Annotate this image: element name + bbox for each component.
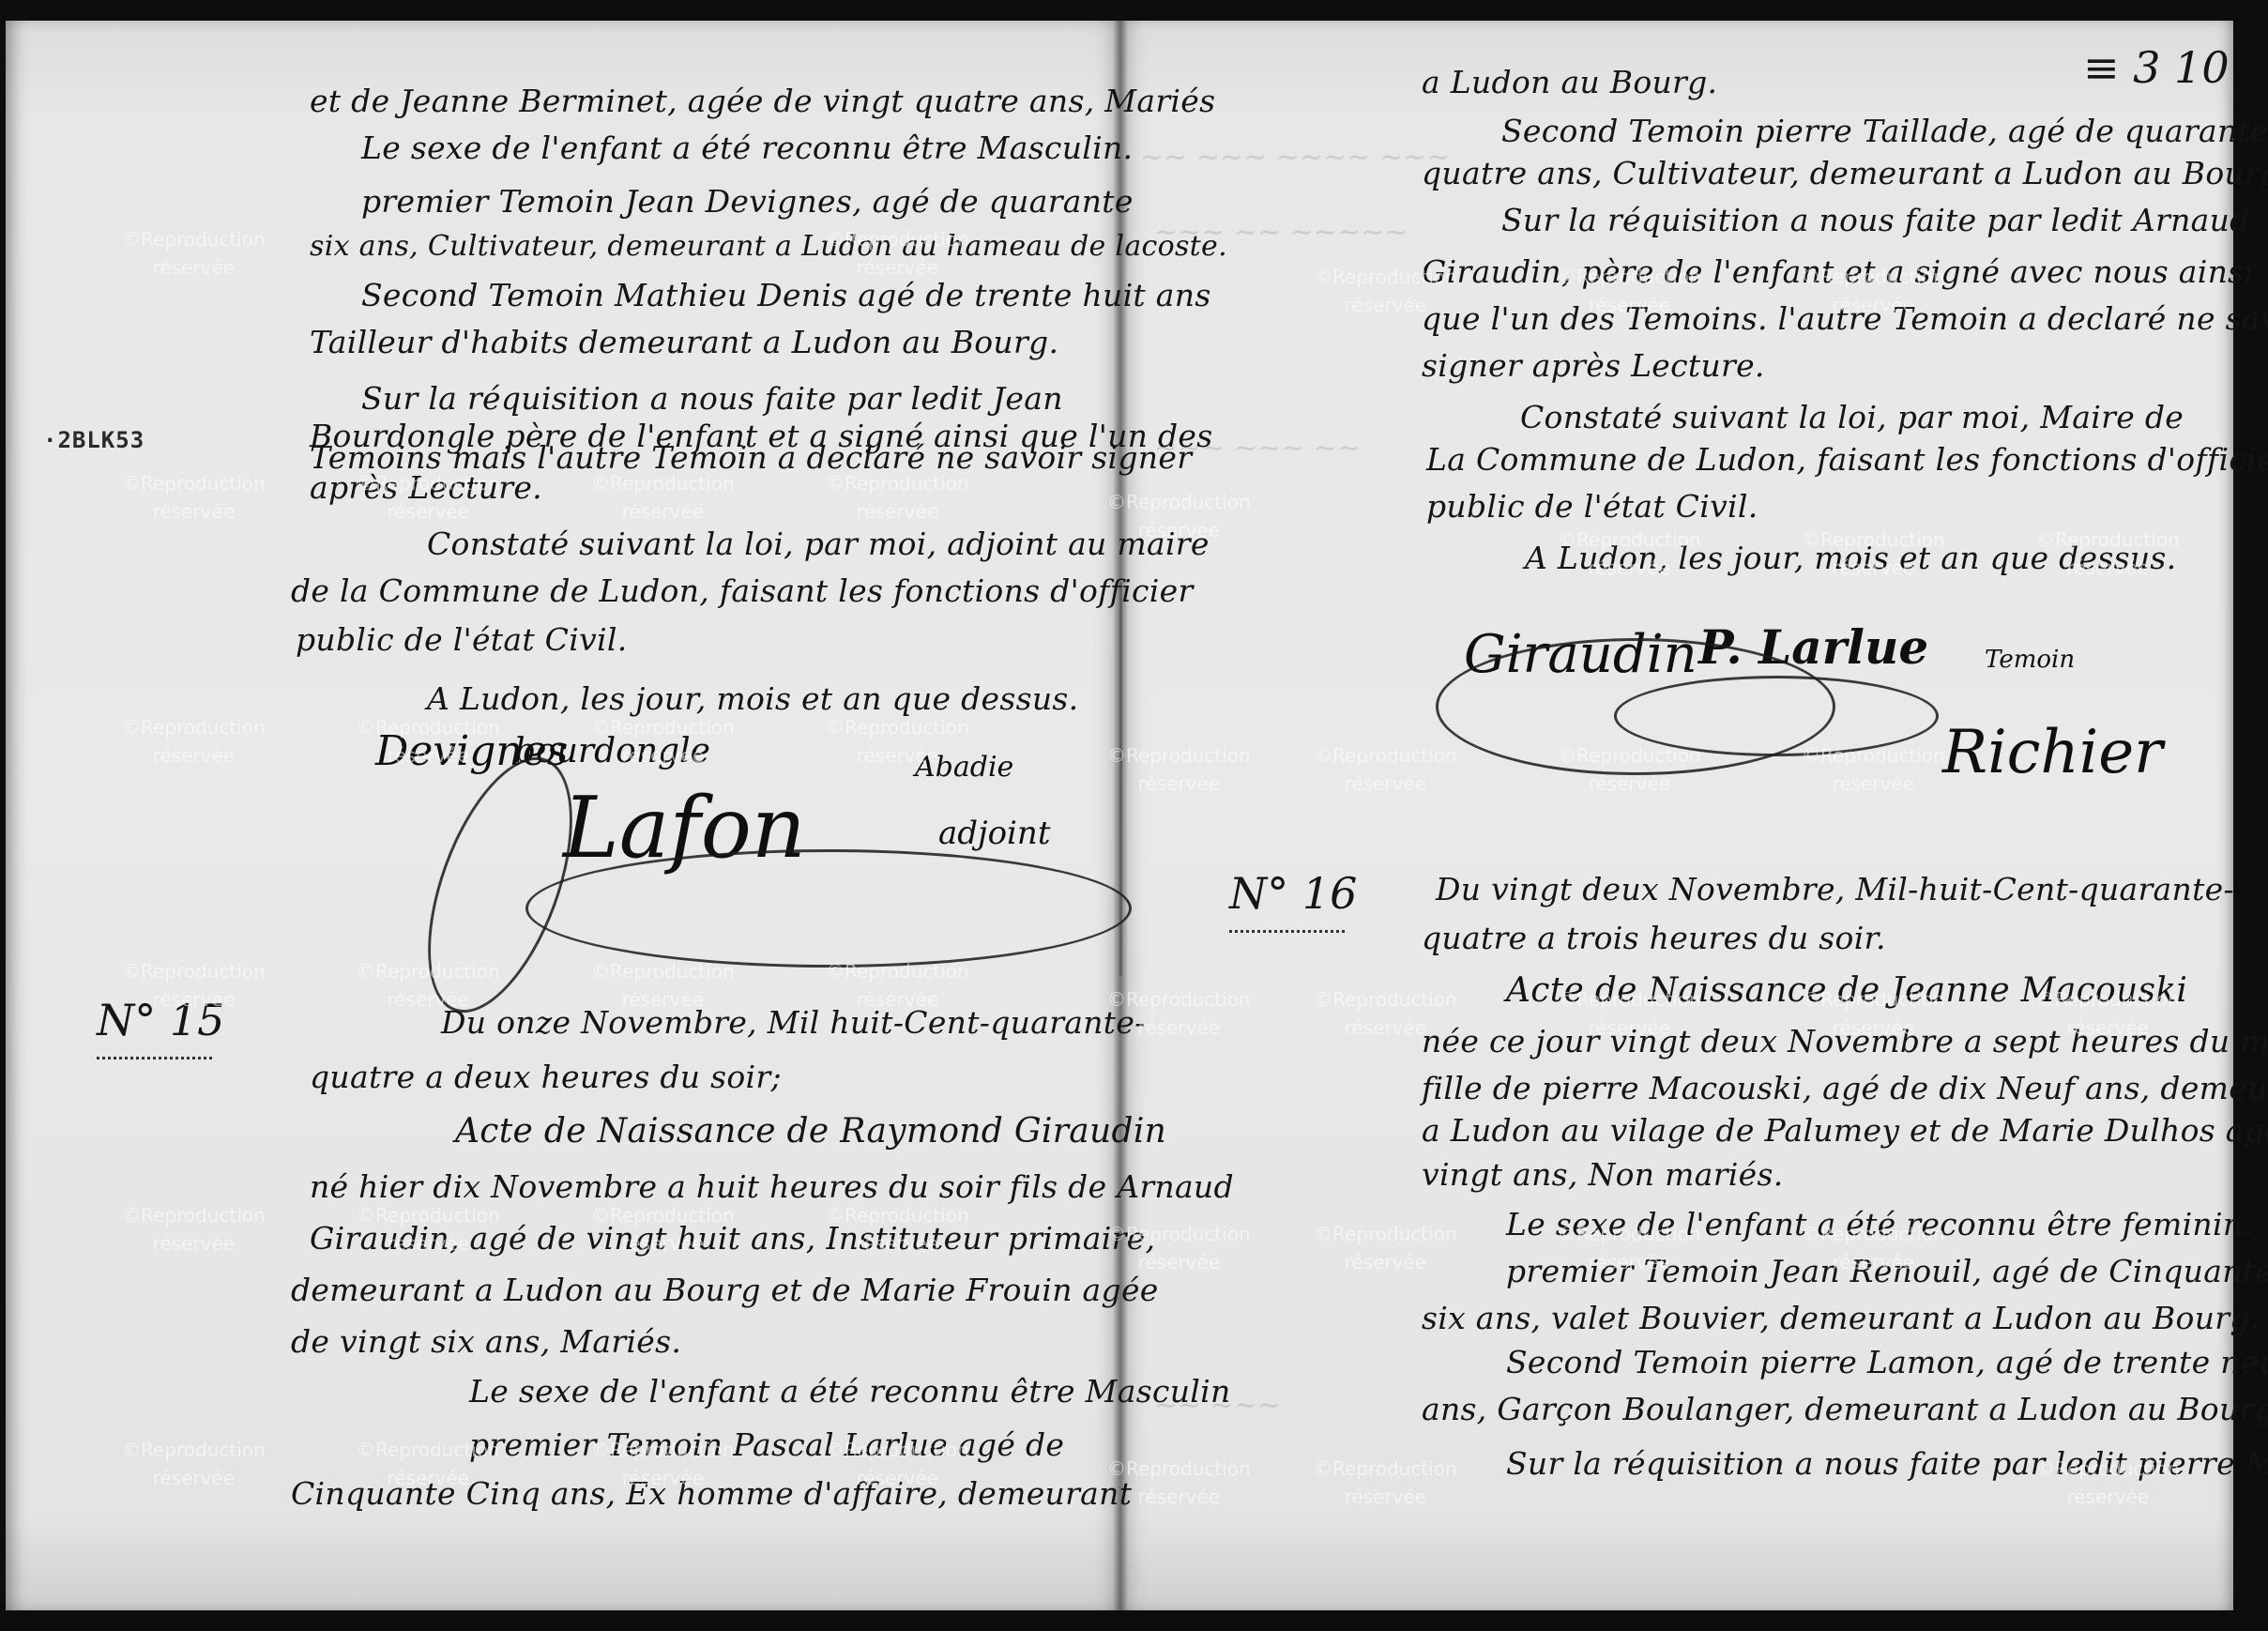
entry-number-16: N° 16 <box>1229 868 1357 933</box>
text-line: La Commune de Ludon, faisant les fonctio… <box>1426 441 2268 478</box>
signature-mayor: Richier <box>1942 718 2163 787</box>
signature-officer-title: adjoint <box>938 815 1050 852</box>
text-line: né hier dix Novembre a huit heures du so… <box>310 1168 1234 1205</box>
text-line: quatre a deux heures du soir; <box>310 1059 782 1095</box>
squiggle-underline <box>1229 921 1345 933</box>
text-line: de vingt six ans, Mariés. <box>291 1323 681 1360</box>
text-line: Giraudin, père de l'enfant et a signé av… <box>1422 253 2254 290</box>
text-line: Sur la réquisition a nous faite par ledi… <box>1506 1445 2268 1482</box>
signature-flourish <box>525 849 1132 968</box>
folio-number: ≡ 3 10 <box>2083 42 2230 93</box>
text-line: Sur la réquisition a nous faite par ledi… <box>361 380 1063 417</box>
text-line: Sur la réquisition a nous faite par ledi… <box>1501 202 2250 238</box>
text-line: Acte de Naissance de Jeanne Macouski <box>1506 971 2187 1010</box>
text-line: A Ludon, les jour, mois et an que dessus… <box>427 680 1078 717</box>
signature-officer-note: Abadie <box>915 751 1013 784</box>
text-line: Le sexe de l'enfant a été reconnu être M… <box>361 130 1133 166</box>
text-line: Constaté suivant la loi, par moi, Maire … <box>1520 399 2184 435</box>
text-line: Le sexe de l'enfant a été reconnu être M… <box>469 1373 1231 1410</box>
document-scan: ~~ ~~~ ~~~~ ~~~ ~~~ ~~ ~~~~~ ~~~ ~~~ ~~ … <box>0 0 2268 1631</box>
text-line: demeurant a Ludon au Bourg et de Marie F… <box>291 1272 1159 1308</box>
text-line: Second Temoin Mathieu Denis agé de trent… <box>361 277 1211 313</box>
text-line: six ans, Cultivateur, demeurant a Ludon … <box>310 230 1227 263</box>
text-line: signer après Lecture. <box>1422 347 1765 384</box>
entry-number-15: N° 15 <box>97 995 224 1059</box>
witness-label: Temoin <box>1985 646 2075 674</box>
text-line: vingt ans, Non mariés. <box>1422 1156 1784 1193</box>
text-line: Du vingt deux Novembre, Mil-huit-Cent-qu… <box>1436 871 2234 907</box>
text-line: Giraudin, agé de vingt huit ans, Institu… <box>310 1220 1155 1257</box>
text-line: Constaté suivant la loi, par moi, adjoin… <box>427 526 1210 562</box>
text-line: Le sexe de l'enfant a été reconnu être f… <box>1506 1206 2253 1242</box>
text-line: Second Temoin pierre Lamon, agé de trent… <box>1506 1344 2268 1380</box>
text-line: ans, Garçon Boulanger, demeurant a Ludon… <box>1422 1391 2268 1427</box>
text-line: A Ludon, les jour, mois et an que dessus… <box>1525 540 2176 576</box>
text-line: public de l'état Civil. <box>1426 488 1758 525</box>
text-line: Second Temoin pierre Taillade, agé de qu… <box>1501 113 2268 149</box>
bleed-through-text: ~~ ~~~ ~~~~ ~~~ <box>1140 141 1450 174</box>
text-line: après Lecture. <box>310 469 542 506</box>
text-line: fille de pierre Macouski, agé de dix Neu… <box>1422 1070 2268 1106</box>
margin-stamp: ·2BLK53 <box>43 427 145 453</box>
squiggle-underline <box>97 1047 212 1059</box>
text-line: public de l'état Civil. <box>296 621 628 658</box>
signature-flourish <box>1614 676 1939 756</box>
text-line: Du onze Novembre, Mil huit-Cent-quarante… <box>441 1004 1146 1041</box>
text-line: premier Temoin Jean Renouil, agé de Cinq… <box>1506 1253 2268 1289</box>
text-line: premier Temoin Jean Devignes, agé de qua… <box>361 183 1134 220</box>
text-line: six ans, valet Bouvier, demeurant a Ludo… <box>1422 1300 2260 1336</box>
entry-number-label: N° 16 <box>1229 868 1357 919</box>
text-line: que l'un des Temoins. l'autre Temoin a d… <box>1422 300 2268 337</box>
text-line: Acte de Naissance de Raymond Giraudin <box>455 1112 1166 1151</box>
text-line: a Ludon au Bourg. <box>1422 64 1717 100</box>
text-line: premier Temoin Pascal Larlue agé de <box>469 1426 1064 1463</box>
text-line: quatre a trois heures du soir. <box>1422 920 1886 956</box>
text-line: de la Commune de Ludon, faisant les fonc… <box>291 572 1194 609</box>
text-line: et de Jeanne Berminet, agée de vingt qua… <box>310 83 1215 119</box>
text-line: a Ludon au vilage de Palumey et de Marie… <box>1422 1112 2268 1149</box>
text-line: Cinquante Cinq ans, Ex homme d'affaire, … <box>291 1475 1132 1512</box>
text-line: née ce jour vingt deux Novembre a sept h… <box>1422 1023 2268 1059</box>
text-line: Tailleur d'habits demeurant a Ludon au B… <box>310 324 1058 360</box>
text-line: quatre ans, Cultivateur, demeurant a Lud… <box>1422 155 2268 191</box>
entry-number-label: N° 15 <box>97 995 224 1045</box>
